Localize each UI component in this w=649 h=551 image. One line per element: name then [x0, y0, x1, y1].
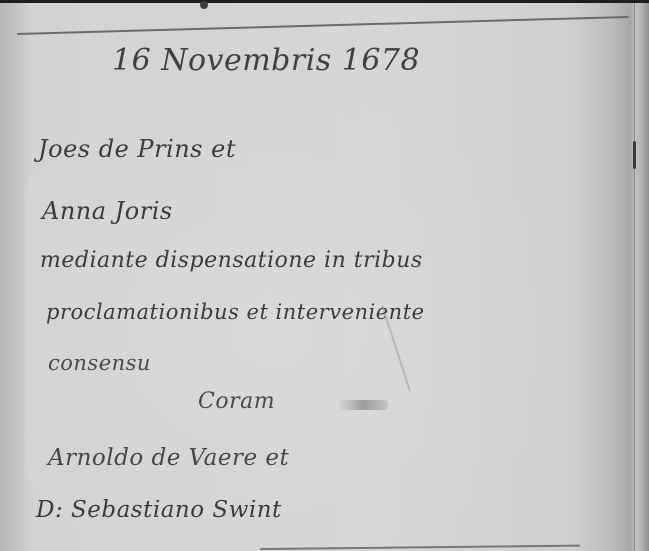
entry-separator-rule-top — [17, 16, 629, 35]
entry-separator-rule-bottom — [260, 545, 580, 550]
dispensation-line: mediante dispensatione in tribus — [40, 248, 423, 273]
coram-line: Coram — [198, 389, 275, 414]
ink-descender-from-previous-entry — [200, 1, 208, 9]
gutter-line — [634, 3, 635, 551]
witness-2-line: D: Sebastiano Swint — [36, 497, 282, 523]
document-viewer: 16 Novembris 1678 Joes de Prins et Anna … — [0, 0, 649, 551]
page-left-edge — [0, 3, 28, 551]
ink-smudge — [338, 400, 388, 410]
proclamations-line: proclamationibus et interveniente — [46, 300, 425, 324]
entry-date: 16 Novembris 1678 — [112, 43, 420, 78]
groom-name-line: Joes de Prins et — [38, 135, 236, 163]
register-page: 16 Novembris 1678 Joes de Prins et Anna … — [0, 3, 649, 551]
bride-name-line: Anna Joris — [42, 197, 173, 225]
witness-1-line: Arnoldo de Vaere et — [48, 445, 289, 471]
consent-line: consensu — [48, 351, 151, 375]
binding-gutter — [625, 3, 649, 551]
gutter-ink-mark — [633, 141, 636, 169]
